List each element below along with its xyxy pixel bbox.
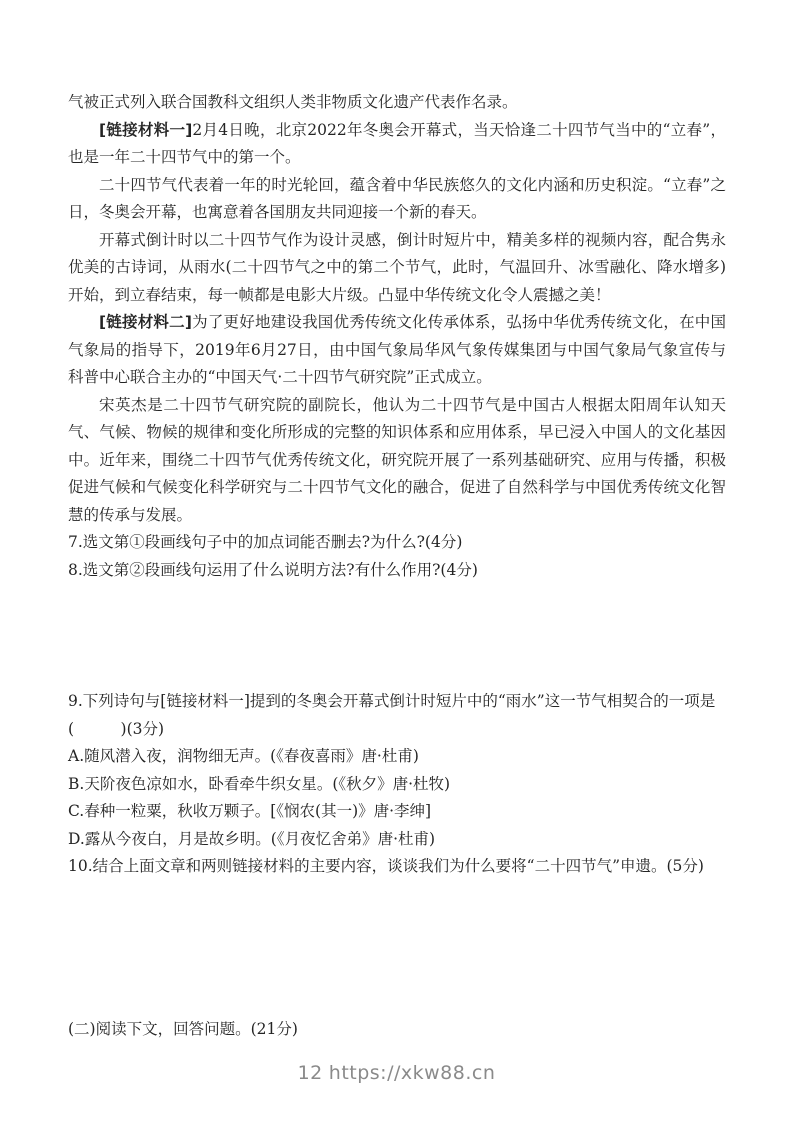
article-paragraph-countdown: 开幕式倒计时以二十四节气作为设计灵感，倒计时短片中，精美多样的视频内容，配合隽永… [68, 227, 726, 310]
question-9-stem: 9.下列诗句与[链接材料一]提到的冬奥会开幕式倒计时短片中的“雨水”这一节气相契… [68, 688, 726, 716]
question-9-option-d: D.露从今夜白，月是故乡明。(《月夜忆舍弟》唐·杜甫) [68, 826, 726, 854]
material-1-label: [链接材料一] [99, 121, 192, 139]
section-2-heading: (二)阅读下文，回答问题。(21分) [68, 1016, 726, 1044]
page-number: 12 [298, 1062, 323, 1084]
page-content: 气被正式列入联合国教科文组织人类非物质文化遗产代表作名录。 [链接材料一]2月4… [68, 89, 726, 1043]
article-paragraph-songyingjie: 宋英杰是二十四节气研究院的副院长，他认为二十四节气是中国古人根据太阳周年认知天气… [68, 392, 726, 530]
material-2-paragraph: [链接材料二]为了更好地建设我国优秀传统文化传承体系，弘扬中华优秀传统文化，在中… [68, 309, 726, 392]
question-9-option-a: A.随风潜入夜，润物细无声。(《春夜喜雨》唐·杜甫) [68, 743, 726, 771]
page-footer: 12https://xkw88.cn [0, 1062, 793, 1084]
material-1-paragraph: [链接材料一]2月4日晚，北京2022年冬奥会开幕式，当天恰逢二十四节气当中的“… [68, 117, 726, 172]
article-continuation-line: 气被正式列入联合国教科文组织人类非物质文化遗产代表作名录。 [68, 89, 726, 117]
question-10: 10.结合上面文章和两则链接材料的主要内容，谈谈我们为什么要将“二十四节气”申遗… [68, 853, 726, 881]
site-url: https://xkw88.cn [329, 1062, 496, 1084]
question-7: 7.选文第①段画线句子中的加点词能否删去?为什么?(4分) [68, 529, 726, 557]
question-8: 8.选文第②段画线句运用了什么说明方法?有什么作用?(4分) [68, 557, 726, 585]
question-9-option-c: C.春种一粒粟，秋收万颗子。[《悯农(其一)》唐·李绅] [68, 798, 726, 826]
question-9-answer-blank: ( )(3分) [68, 716, 726, 744]
question-9-option-b: B.天阶夜色凉如水，卧看牵牛织女星。(《秋夕》唐·杜牧) [68, 771, 726, 799]
question-9: 9.下列诗句与[链接材料一]提到的冬奥会开幕式倒计时短片中的“雨水”这一节气相契… [68, 688, 726, 853]
article-paragraph-spring: 二十四节气代表着一年的时光轮回，蕴含着中华民族悠久的文化内涵和历史积淀。“立春”… [68, 172, 726, 227]
exam-page: 气被正式列入联合国教科文组织人类非物质文化遗产代表作名录。 [链接材料一]2月4… [0, 0, 793, 1122]
material-2-label: [链接材料二] [99, 313, 192, 331]
